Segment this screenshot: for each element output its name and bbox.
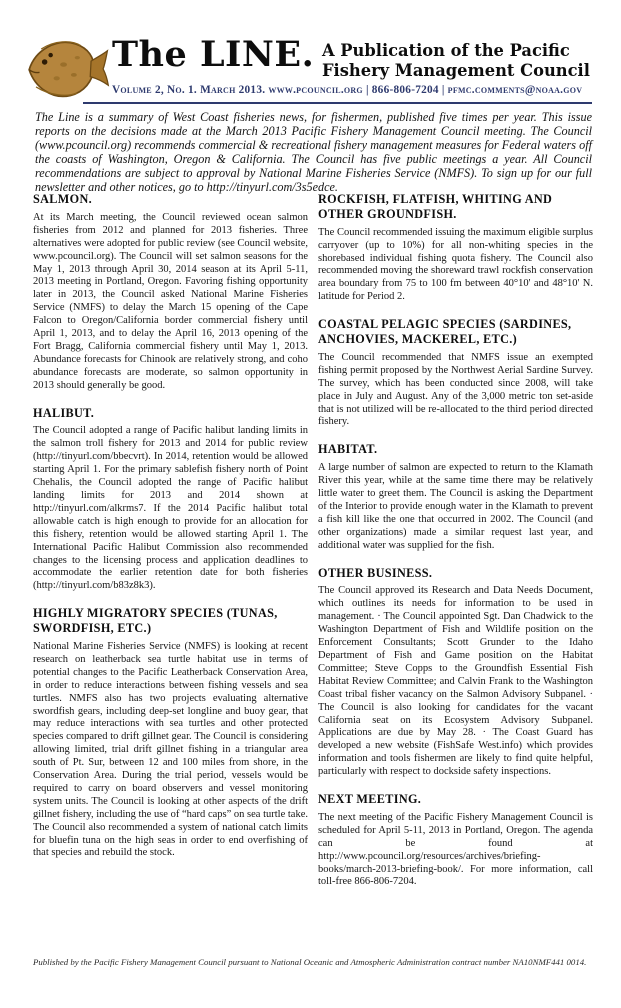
section-heading: SALMON. bbox=[33, 192, 308, 207]
section-heading: HIGHLY MIGRATORY SPECIES (TUNAS, SWORDFI… bbox=[33, 606, 308, 636]
section-habitat: HABITAT. A large number of salmon are ex… bbox=[318, 442, 593, 552]
section-heading: HABITAT. bbox=[318, 442, 593, 457]
right-column: ROCKFISH, FLATFISH, WHITING AND OTHER GR… bbox=[318, 192, 593, 889]
section-heading: ROCKFISH, FLATFISH, WHITING AND OTHER GR… bbox=[318, 192, 593, 222]
section-salmon: SALMON. At its March meeting, the Counci… bbox=[33, 192, 308, 393]
section-heading: HALIBUT. bbox=[33, 406, 308, 421]
masthead-subtitle: A Publication of the Pacific Fishery Man… bbox=[322, 41, 590, 81]
section-body: The Council adopted a range of Pacific h… bbox=[33, 425, 308, 593]
section-body: The Council recommended issuing the maxi… bbox=[318, 227, 593, 304]
content-columns: SALMON. At its March meeting, the Counci… bbox=[33, 192, 593, 889]
newsletter-page: The LINE. A Publication of the Pacific F… bbox=[0, 0, 621, 1008]
volume-line: Volume 2, No. 1. March 2013. www.pcounci… bbox=[112, 84, 582, 96]
intro-paragraph: The Line is a summary of West Coast fish… bbox=[35, 111, 592, 194]
newsletter-title: The LINE. bbox=[112, 34, 314, 75]
masthead: The LINE. A Publication of the Pacific F… bbox=[0, 0, 621, 110]
section-body: The Council recommended that NMFS issue … bbox=[318, 352, 593, 429]
section-heading: COASTAL PELAGIC SPECIES (SARDINES, ANCHO… bbox=[318, 317, 593, 347]
section-coastal-pelagic-species: COASTAL PELAGIC SPECIES (SARDINES, ANCHO… bbox=[318, 317, 593, 429]
masthead-rule bbox=[83, 102, 592, 104]
section-body: National Marine Fisheries Service (NMFS)… bbox=[33, 641, 308, 860]
flatfish-logo-icon bbox=[24, 26, 110, 110]
section-body: At its March meeting, the Council review… bbox=[33, 212, 308, 393]
section-heading: NEXT MEETING. bbox=[318, 792, 593, 807]
footer-note: Published by the Pacific Fishery Managem… bbox=[33, 957, 593, 967]
section-halibut: HALIBUT. The Council adopted a range of … bbox=[33, 406, 308, 594]
section-rockfish-groundfish: ROCKFISH, FLATFISH, WHITING AND OTHER GR… bbox=[318, 192, 593, 304]
section-body: A large number of salmon are expected to… bbox=[318, 462, 593, 552]
section-body: The Council approved its Research and Da… bbox=[318, 585, 593, 779]
left-column: SALMON. At its March meeting, the Counci… bbox=[33, 192, 308, 860]
section-heading: OTHER BUSINESS. bbox=[318, 566, 593, 581]
subtitle-line-1: A Publication of the Pacific bbox=[322, 41, 590, 61]
subtitle-line-2: Fishery Management Council bbox=[322, 61, 590, 81]
section-body: The next meeting of the Pacific Fishery … bbox=[318, 812, 593, 889]
section-highly-migratory-species: HIGHLY MIGRATORY SPECIES (TUNAS, SWORDFI… bbox=[33, 606, 308, 860]
section-other-business: OTHER BUSINESS. The Council approved its… bbox=[318, 566, 593, 779]
section-next-meeting: NEXT MEETING. The next meeting of the Pa… bbox=[318, 792, 593, 889]
